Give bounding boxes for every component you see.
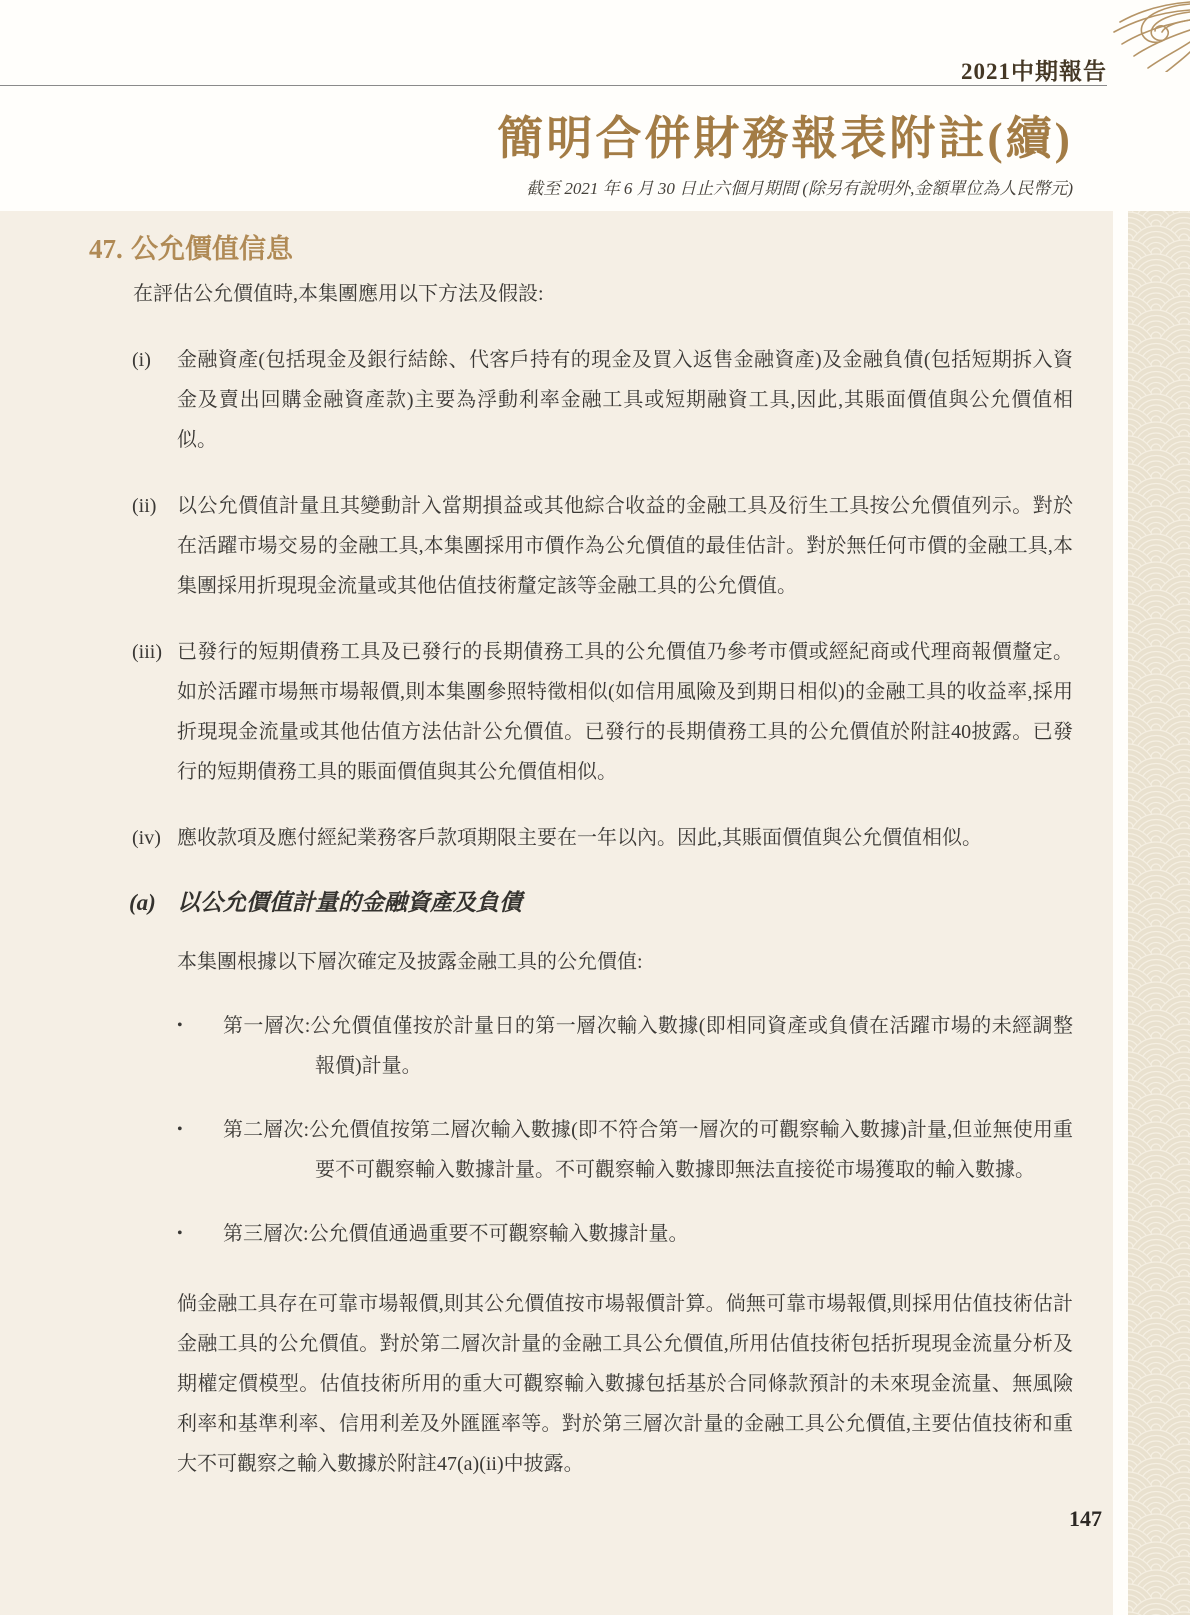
bullet-item: • 第一層次:公允價值僅按於計量日的第一層次輸入數據(即相同資產或負債在活躍市場…	[177, 1006, 1073, 1086]
page-subtitle: 截至 2021 年 6 月 30 日止六個月期間 (除另有說明外,金額單位為人民…	[526, 174, 1073, 199]
page-header: 2021中期報告 簡明合併財務報表附註(續) 截至 2021 年 6 月 30 …	[0, 0, 1190, 211]
bullet-label: 第三層次:	[223, 1223, 309, 1245]
closing-paragraph: 倘金融工具存在可靠市場報價,則其公允價值按市場報價計算。倘無可靠市場報價,則採用…	[177, 1284, 1073, 1484]
subsection-intro: 本集團根據以下層次確定及披露金融工具的公允價值:	[177, 942, 1073, 982]
section-heading: 47. 公允價值信息	[89, 234, 1073, 264]
section-title: 公允價值信息	[131, 234, 293, 264]
bullet-icon: •	[177, 1110, 223, 1190]
list-item: (i) 金融資產(包括現金及銀行結餘、代客戶持有的現金及買入返售金融資產)及金融…	[132, 340, 1073, 460]
bullet-label: 第二層次:	[223, 1119, 309, 1141]
item-marker: (iv)	[132, 818, 177, 858]
subsection: (a) 以公允價值計量的金融資產及負債 本集團根據以下層次確定及披露金融工具的公…	[89, 888, 1073, 1484]
bullet-item: • 第三層次:公允價值通過重要不可觀察輸入數據計量。	[177, 1214, 1073, 1254]
list-item: (iii) 已發行的短期債務工具及已發行的長期債務工具的公允價值乃參考市價或經紀…	[132, 632, 1073, 792]
page-number: 147	[1069, 1506, 1102, 1532]
header-divider	[0, 85, 1107, 86]
report-page: 2021中期報告 簡明合併財務報表附註(續) 截至 2021 年 6 月 30 …	[0, 0, 1190, 1615]
bullet-text: 公允價值僅按於計量日的第一層次輸入數據(即相同資產或負債在活躍市場的未經調整報價…	[310, 1015, 1073, 1077]
bullet-text: 公允價值按第二層次輸入數據(即不符合第一層次的可觀察輸入數據)計量,但並無使用重…	[309, 1119, 1073, 1181]
content-area: 47. 公允價值信息 在評估公允價值時,本集團應用以下方法及假設: (i) 金融…	[0, 211, 1113, 1615]
bullet-body: 第一層次:公允價值僅按於計量日的第一層次輸入數據(即相同資產或負債在活躍市場的未…	[223, 1006, 1073, 1086]
report-label: 2021中期報告	[961, 53, 1107, 86]
item-marker: (i)	[132, 340, 177, 460]
bullet-icon: •	[177, 1214, 223, 1254]
section-number: 47.	[89, 234, 131, 264]
item-text: 以公允價值計量且其變動計入當期損益或其他綜合收益的金融工具及衍生工具按公允價值列…	[177, 486, 1073, 606]
item-text: 金融資產(包括現金及銀行結餘、代客戶持有的現金及買入返售金融資產)及金融負債(包…	[177, 340, 1073, 460]
list-item: (iv) 應收款項及應付經紀業務客戶款項期限主要在一年以內。因此,其賬面價值與公…	[132, 818, 1073, 858]
item-text: 應收款項及應付經紀業務客戶款項期限主要在一年以內。因此,其賬面價值與公允價值相似…	[177, 818, 1073, 858]
bullet-icon: •	[177, 1006, 223, 1086]
page-title: 簡明合併財務報表附註(續)	[497, 102, 1073, 168]
item-marker: (iii)	[132, 632, 177, 792]
bullet-label: 第一層次:	[223, 1015, 310, 1037]
subsection-heading: (a) 以公允價值計量的金融資產及負債	[129, 888, 1073, 918]
bullet-text: 公允價值通過重要不可觀察輸入數據計量。	[309, 1223, 689, 1245]
bullet-body: 第二層次:公允價值按第二層次輸入數據(即不符合第一層次的可觀察輸入數據)計量,但…	[223, 1110, 1073, 1190]
seigaiha-pattern	[1128, 211, 1190, 1615]
bullet-body: 第三層次:公允價值通過重要不可觀察輸入數據計量。	[223, 1214, 1073, 1254]
item-text: 已發行的短期債務工具及已發行的長期債務工具的公允價值乃參考市價或經紀商或代理商報…	[177, 632, 1073, 792]
bullet-item: • 第二層次:公允價值按第二層次輸入數據(即不符合第一層次的可觀察輸入數據)計量…	[177, 1110, 1073, 1190]
section-intro: 在評估公允價值時,本集團應用以下方法及假設:	[133, 274, 1073, 314]
item-marker: (ii)	[132, 486, 177, 606]
subsection-marker: (a)	[129, 888, 177, 918]
subsection-title: 以公允價值計量的金融資產及負債	[177, 888, 522, 918]
list-item: (ii) 以公允價值計量且其變動計入當期損益或其他綜合收益的金融工具及衍生工具按…	[132, 486, 1073, 606]
